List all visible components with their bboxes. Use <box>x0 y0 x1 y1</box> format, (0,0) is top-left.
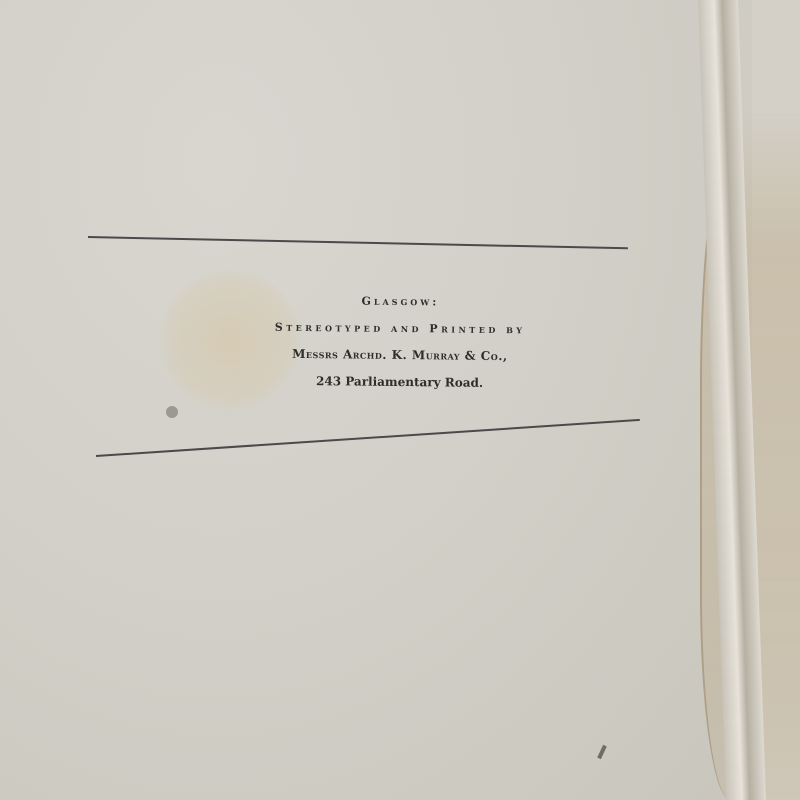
imprint-printer: Messrs Archd. K. Murray & Co., <box>210 340 590 371</box>
ink-spot <box>166 406 178 418</box>
imprint-city: Glasgow: <box>210 286 590 317</box>
book-page: Glasgow: Stereotyped and Printed by Mess… <box>0 0 730 800</box>
bottom-rule-line <box>96 419 640 457</box>
top-rule-line <box>88 236 628 249</box>
imprint-statement: Stereotyped and Printed by <box>210 313 590 344</box>
imprint-address: 243 Parliamentary Road. <box>209 367 589 398</box>
ink-mark <box>597 745 607 759</box>
printer-imprint: Glasgow: Stereotyped and Printed by Mess… <box>209 286 590 398</box>
